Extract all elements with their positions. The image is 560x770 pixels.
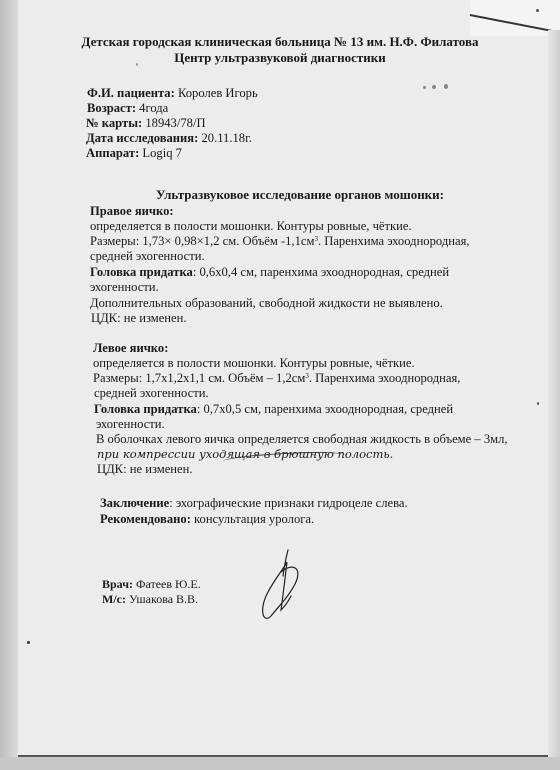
right-testis-line1: определяется в полости мошонки. Контуры … [90, 219, 412, 234]
nurse-label: М/с: [102, 592, 126, 606]
doctor-value: Фатеев Ю.Е. [133, 577, 201, 591]
left-testis-line3: средней эхогенности. [94, 386, 209, 401]
patient-name-value: Королев Игорь [175, 86, 258, 100]
superscript: 3 [314, 235, 318, 243]
department-name: Центр ультразвуковой диагностики [60, 50, 500, 65]
right-testis-size: Размеры: 1,73× 0,98×1,2 см. Объём -1,1см… [90, 234, 470, 249]
patient-name: Ф.И. пациента: Королев Игорь [87, 86, 258, 101]
recommendation-label: Рекомендовано: [100, 512, 191, 526]
left-epididymis-value: : 0,7х0,5 см, паренхима эхооднородная, с… [197, 402, 453, 416]
left-testis-size: Размеры: 1,7х1,2х1,1 см. Объём – 1,2см3.… [93, 371, 460, 386]
patient-name-label: Ф.И. пациента: [87, 86, 175, 100]
exam-date-value: 20.11.18г. [198, 131, 252, 145]
nurse: М/с: Ушакова В.В. [102, 592, 198, 607]
right-epididymis-label: Головка придатка [90, 265, 193, 279]
card-number-label: № карты: [86, 116, 142, 130]
signature-icon [255, 548, 315, 623]
patient-age: Возраст: 4года [87, 101, 168, 116]
left-testis-line6: В оболочках левого яичка определяется св… [96, 432, 508, 447]
scan-speck [27, 641, 30, 644]
right-testis-size-text: Размеры: 1,73× 0,98×1,2 см. Объём -1,1см [90, 234, 314, 248]
scan-speck [423, 86, 426, 89]
patient-age-label: Возраст: [87, 101, 136, 115]
recommendation: Рекомендовано: консультация уролога. [100, 512, 314, 527]
scan-speck [136, 63, 138, 66]
right-epididymis: Головка придатка: 0,6х0,4 см, паренхима … [90, 265, 449, 280]
left-testis-line5: эхогенности. [96, 417, 165, 432]
patient-age-value: 4года [136, 101, 168, 115]
left-epididymis-label: Головка придатка [94, 402, 197, 416]
hospital-name: Детская городская клиническая больница №… [60, 34, 500, 49]
doctor-label: Врач: [102, 577, 133, 591]
exam-date: Дата исследования: 20.11.18г. [86, 131, 252, 146]
conclusion-label: Заключение [100, 496, 169, 510]
left-testis-cdk: ЦДК: не изменен. [97, 462, 193, 477]
right-testis-line5: эхогенности. [90, 280, 159, 295]
left-testis-size-text: Размеры: 1,7х1,2х1,1 см. Объём – 1,2см [93, 371, 305, 385]
scan-speck [537, 402, 539, 405]
right-testis-cdk: ЦДК: не изменен. [91, 311, 187, 326]
superscript: 3 [305, 372, 309, 380]
scan-speck [444, 84, 448, 89]
right-testis-line3: средней эхогенности. [90, 249, 205, 264]
card-number-value: 18943/78/П [142, 116, 205, 130]
nurse-value: Ушакова В.В. [126, 592, 198, 606]
right-testis-line6: Дополнительных образований, свободной жи… [90, 296, 443, 311]
scan-right-shade [548, 30, 560, 770]
doctor: Врач: Фатеев Ю.Е. [102, 577, 201, 592]
device: Аппарат: Logiq 7 [86, 146, 182, 161]
left-epididymis: Головка придатка: 0,7х0,5 см, паренхима … [94, 402, 453, 417]
recommendation-value: консультация уролога. [191, 512, 314, 526]
card-number: № карты: 18943/78/П [86, 116, 206, 131]
right-epididymis-value: : 0,6х0,4 см, паренхима эхооднородная, с… [193, 265, 449, 279]
exam-date-label: Дата исследования: [86, 131, 198, 145]
scan-speck [536, 9, 539, 12]
left-testis-heading: Левое яичко: [93, 341, 168, 356]
conclusion-value: : эхографические признаки гидроцеле слев… [169, 496, 407, 510]
conclusion: Заключение: эхографические признаки гидр… [100, 496, 408, 511]
left-testis-line1: определяется в полости мошонки. Контуры … [93, 356, 415, 371]
right-testis-heading: Правое яичко: [90, 204, 174, 219]
right-testis-parenchyma: . Паренхима эхооднородная, [318, 234, 470, 248]
scan-bottom-margin [0, 757, 560, 770]
device-value: Logiq 7 [139, 146, 182, 160]
exam-title: Ультразвуковое исследование органов мошо… [156, 187, 444, 202]
left-testis-parenchyma: . Паренхима эхооднородная, [309, 371, 461, 385]
device-label: Аппарат: [86, 146, 139, 160]
scan-speck [432, 85, 436, 89]
